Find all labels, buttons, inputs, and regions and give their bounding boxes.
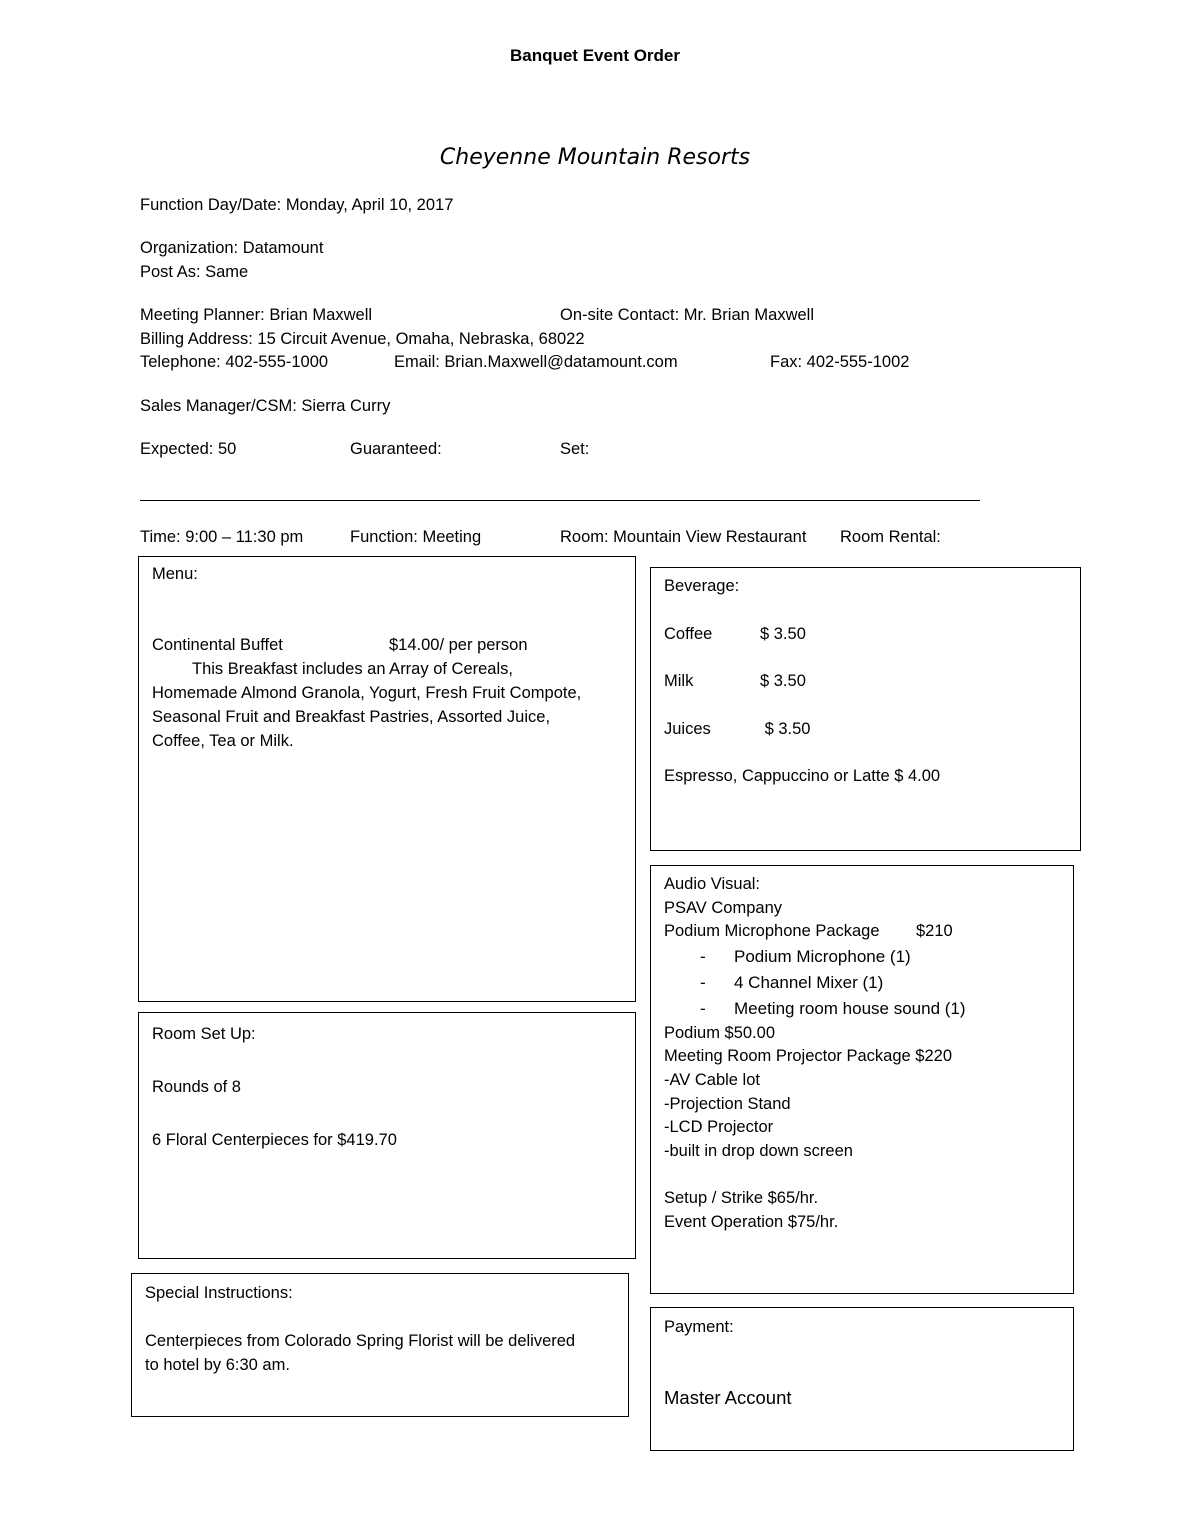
av-heading: Audio Visual: <box>664 873 1063 897</box>
av-package-2-item: -AV Cable lot <box>664 1069 1063 1093</box>
special-instructions-line: to hotel by 6:30 am. <box>145 1353 618 1377</box>
menu-item-name: Continental Buffet <box>152 636 283 654</box>
av-package-1-item: - 4 Channel Mixer (1) <box>664 970 1063 996</box>
room-setup-line: Rounds of 8 <box>152 1074 625 1101</box>
av-event-operation: Event Operation $75/hr. <box>664 1211 1063 1235</box>
payment-method: Master Account <box>664 1386 1063 1410</box>
room-setup-box: Room Set Up: Rounds of 8 6 Floral Center… <box>138 1012 636 1259</box>
menu-heading: Menu: <box>152 563 625 587</box>
email: Email: Brian.Maxwell@datamount.com <box>394 352 678 372</box>
av-package-2: Meeting Room Projector Package $220 <box>664 1045 1063 1069</box>
event-time: Time: 9:00 – 11:30 pm <box>140 527 303 547</box>
menu-description-line: This Breakfast includes an Array of Cere… <box>152 658 625 682</box>
av-package-2-item: -Projection Stand <box>664 1093 1063 1117</box>
document-title: Banquet Event Order <box>0 46 1190 66</box>
special-instructions-heading: Special Instructions: <box>145 1281 618 1305</box>
menu-description-line: Seasonal Fruit and Breakfast Pastries, A… <box>152 706 625 730</box>
menu-description-line: Homemade Almond Granola, Yogurt, Fresh F… <box>152 682 625 706</box>
av-package-1-item: - Podium Microphone (1) <box>664 944 1063 970</box>
av-package-1: Podium Microphone Package $210 <box>664 920 1063 944</box>
av-package-2-item: -built in drop down screen <box>664 1140 1063 1164</box>
av-podium: Podium $50.00 <box>664 1022 1063 1046</box>
special-instructions-box: Special Instructions: Centerpieces from … <box>131 1273 629 1417</box>
function-type: Function: Meeting <box>350 527 481 547</box>
function-date: Function Day/Date: Monday, April 10, 201… <box>140 195 453 215</box>
audio-visual-box: Audio Visual: PSAV Company Podium Microp… <box>650 865 1074 1294</box>
beverage-box: Beverage: Coffee $ 3.50 Milk $ 3.50 Juic… <box>650 567 1081 851</box>
room-setup-heading: Room Set Up: <box>152 1021 625 1048</box>
onsite-contact: On-site Contact: Mr. Brian Maxwell <box>560 305 814 325</box>
telephone: Telephone: 402-555-1000 <box>140 352 328 372</box>
beverage-item: Juices $ 3.50 <box>664 718 1070 742</box>
meeting-planner: Meeting Planner: Brian Maxwell <box>140 305 372 325</box>
expected-count: Expected: 50 <box>140 439 236 459</box>
room-rental: Room Rental: <box>840 527 941 547</box>
av-package-1-item: - Meeting room house sound (1) <box>664 996 1063 1022</box>
beverage-item: Milk $ 3.50 <box>664 670 1070 694</box>
fax: Fax: 402-555-1002 <box>770 352 909 372</box>
organization: Organization: Datamount <box>140 238 323 258</box>
billing-address: Billing Address: 15 Circuit Avenue, Omah… <box>140 329 585 349</box>
room: Room: Mountain View Restaurant <box>560 527 806 547</box>
av-setup-strike: Setup / Strike $65/hr. <box>664 1187 1063 1211</box>
room-setup-line: 6 Floral Centerpieces for $419.70 <box>152 1127 625 1154</box>
menu-box: Menu: Continental Buffet $14.00/ per per… <box>138 556 636 1002</box>
payment-heading: Payment: <box>664 1316 1063 1340</box>
payment-box: Payment: Master Account <box>650 1307 1074 1451</box>
av-company: PSAV Company <box>664 897 1063 921</box>
av-package-2-item: -LCD Projector <box>664 1116 1063 1140</box>
post-as: Post As: Same <box>140 262 248 282</box>
menu-description-line: Coffee, Tea or Milk. <box>152 730 625 754</box>
set-count: Set: <box>560 439 589 459</box>
sales-manager: Sales Manager/CSM: Sierra Curry <box>140 396 390 416</box>
beverage-item: Coffee $ 3.50 <box>664 623 1070 647</box>
divider <box>140 500 980 501</box>
guaranteed-count: Guaranteed: <box>350 439 442 459</box>
menu-item-price: $14.00/ per person <box>389 634 528 658</box>
resort-name: Cheyenne Mountain Resorts <box>0 145 1190 170</box>
special-instructions-line: Centerpieces from Colorado Spring Floris… <box>145 1329 618 1353</box>
beverage-heading: Beverage: <box>664 575 1070 599</box>
beverage-specialty: Espresso, Cappuccino or Latte $ 4.00 <box>664 765 1070 789</box>
